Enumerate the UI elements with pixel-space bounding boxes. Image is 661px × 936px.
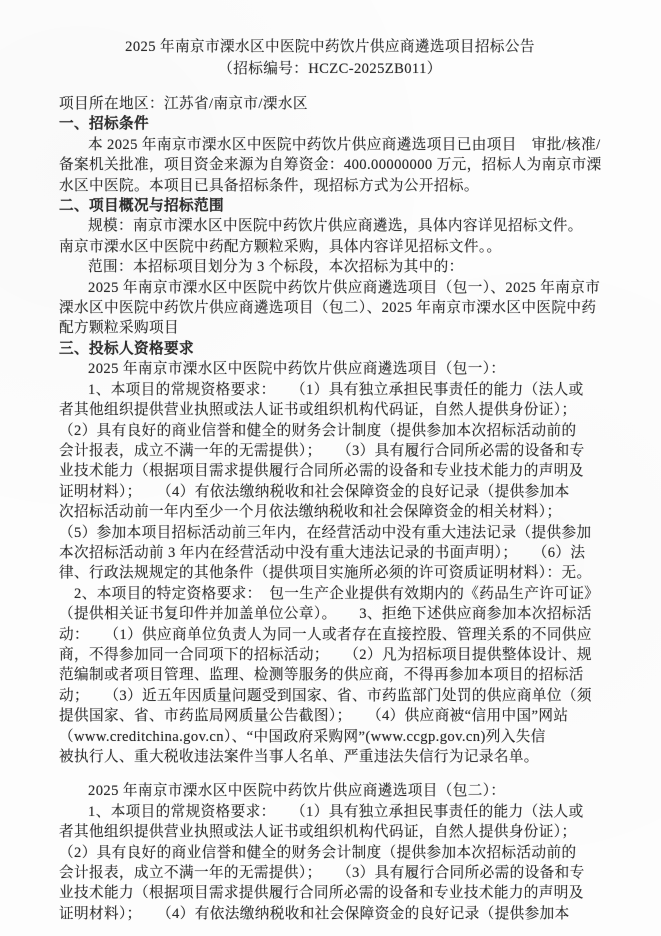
doc-line: 范围：本招标项目划分为 3 个标段，本次招标为其中的： (59, 257, 601, 277)
doc-line: 证明材料）； （4）有依法缴纳税收和社会保障资金的良好记录（提供参加本 (59, 904, 601, 924)
doc-line: 1、本项目的常规资格要求： （1）具有独立承担民事责任的能力（法人或 (59, 380, 601, 400)
doc-line: 2025 年南京市溧水区中医院中药饮片供应商遴选项目（包一）： (59, 359, 601, 379)
doc-line: 水区中医院。本项目已具备招标条件，现招标方式为公开招标。 (59, 176, 601, 196)
doc-line: 溧水区中医院中药饮片供应商遴选项目（包二）、2025 年南京市溧水区中医院中药 (59, 298, 601, 318)
document-page: 2025 年南京市溧水区中医院中药饮片供应商遴选项目招标公告 （招标编号：HCZ… (0, 0, 661, 936)
doc-line: 证明材料）； （4）有依法缴纳税收和社会保障资金的良好记录（提供参加本 (59, 482, 601, 502)
document-title: 2025 年南京市溧水区中医院中药饮片供应商遴选项目招标公告 (59, 36, 601, 58)
doc-line: （2）具有良好的商业信誉和健全的财务会计制度（提供参加本次招标活动前的 (59, 421, 601, 441)
doc-line: 二、项目概况与招标范围 (59, 196, 601, 216)
doc-line: 动： （1）供应商单位负责人为同一人或者存在直接控股、管理关系的不同供应 (59, 625, 601, 645)
doc-line: 提供国家、省、市药监局网质量公告截图）； （4）供应商被“信用中国”网站 (59, 706, 601, 726)
doc-line: 动； （3）近五年因质量问题受到国家、省、市药监部门处罚的供应商单位（须 (59, 686, 601, 706)
doc-line: 次招标活动前一年内至少一个月依法缴纳税收和社会保障资金的相关材料）； (59, 502, 601, 522)
doc-line: 业技术能力（根据项目需求提供履行合同所必需的设备和专业技术能力的声明及 (59, 883, 601, 903)
doc-line: 2、本项目的特定资格要求： 包一生产企业提供有效期内的《药品生产许可证》 (59, 584, 601, 604)
doc-line: 规模：南京市溧水区中医院中药饮片供应商遴选，具体内容详见招标文件。 (59, 216, 601, 236)
blank-line (59, 767, 601, 781)
doc-line: （提供相关证书复印件并加盖单位公章）。 3、拒绝下述供应商参加本次招标活 (59, 604, 601, 624)
doc-line: 律、行政法规规定的其他条件（提供项目实施所必须的许可资质证明材料）：无。 (59, 563, 601, 583)
document-body: 项目所在地区：江苏省/南京市/溧水区一、招标条件本 2025 年南京市溧水区中医… (59, 94, 601, 924)
doc-line: （2）具有良好的商业信誉和健全的财务会计制度（提供参加本次招标活动前的 (59, 843, 601, 863)
doc-line: 范编制或者项目管理、监理、检测等服务的供应商，不得再参加本项目的招标活 (59, 665, 601, 685)
doc-line: 备案机关批准，项目资金来源为自筹资金：400.00000000 万元，招标人为南… (59, 155, 601, 175)
doc-line: 2025 年南京市溧水区中医院中药饮片供应商遴选项目（包一）、2025 年南京市 (59, 278, 601, 298)
doc-line: 本次招标活动前 3 年内在经营活动中没有重大违法记录的书面声明）； （6）法 (59, 543, 601, 563)
doc-line: （5）参加本项目招标活动前三年内，在经营活动中没有重大违法记录（提供参加 (59, 523, 601, 543)
doc-line: 会计报表，成立不满一年的无需提供）； （3）具有履行合同所必需的设备和专 (59, 863, 601, 883)
doc-line: 者其他组织提供营业执照或法人证书或组织机构代码证，自然人提供身份证）； (59, 400, 601, 420)
doc-line: 项目所在地区：江苏省/南京市/溧水区 (59, 94, 601, 114)
doc-line: 配方颗粒采购项目 (59, 318, 601, 338)
doc-line: 者其他组织提供营业执照或法人证书或组织机构代码证，自然人提供身份证）； (59, 822, 601, 842)
doc-line: 1、本项目的常规资格要求： （1）具有独立承担民事责任的能力（法人或 (59, 802, 601, 822)
doc-line: 会计报表，成立不满一年的无需提供）； （3）具有履行合同所必需的设备和专 (59, 441, 601, 461)
doc-line: 商，不得参加同一合同项下的招标活动； （2）凡为招标项目提供整体设计、规 (59, 645, 601, 665)
doc-line: 南京市溧水区中医院中药配方颗粒采购，具体内容详见招标文件。。 (59, 237, 601, 257)
document: 2025 年南京市溧水区中医院中药饮片供应商遴选项目招标公告 （招标编号：HCZ… (59, 36, 601, 924)
doc-line: 三、投标人资格要求 (59, 339, 601, 359)
document-subtitle: （招标编号：HCZC-2025ZB011） (59, 58, 601, 80)
doc-line: 2025 年南京市溧水区中医院中药饮片供应商遴选项目（包二）： (59, 781, 601, 801)
doc-line: 被执行人、重大税收违法案件当事人名单、严重违法失信行为记录名单。 (59, 747, 601, 767)
doc-line: （www.creditchina.gov.cn）、“中国政府采购网”(www.c… (59, 727, 601, 747)
doc-line: 业技术能力（根据项目需求提供履行合同所必需的设备和专业技术能力的声明及 (59, 461, 601, 481)
doc-line: 本 2025 年南京市溧水区中医院中药饮片供应商遴选项目已由项目 审批/核准/ (59, 135, 601, 155)
doc-line: 一、招标条件 (59, 114, 601, 134)
